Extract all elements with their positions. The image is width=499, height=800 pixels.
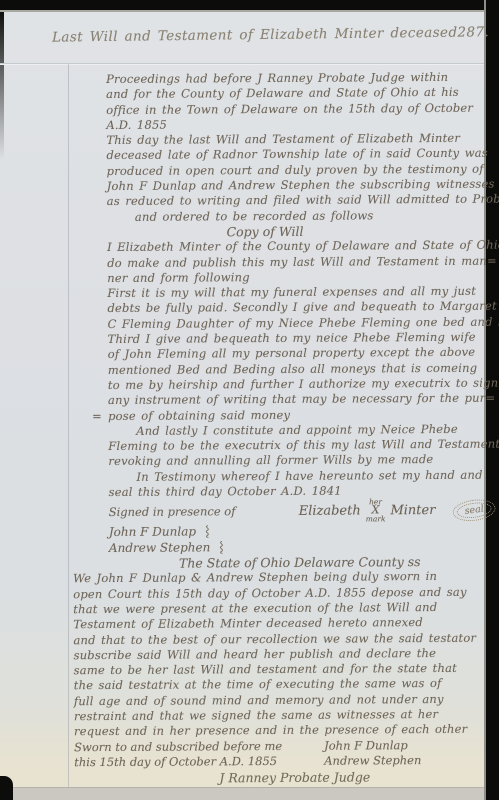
- manuscript-line: In Testimony whereof I have hereunto set…: [108, 467, 484, 485]
- testatrix-first-name: Elizabeth: [299, 503, 361, 518]
- manuscript-line: and for the County of Delaware and State…: [106, 85, 482, 103]
- manuscript-line: that we were present at the execution of…: [73, 600, 485, 618]
- page-fold-line: [0, 63, 486, 64]
- left-edge-shadow: [0, 10, 4, 160]
- manuscript-line-text: pose of obtaining said money: [108, 407, 290, 422]
- signature-row: Signed in presence of Elizabeth her X ma…: [109, 498, 485, 524]
- manuscript-line: I Elizabeth Minter of the County of Dela…: [107, 238, 483, 256]
- attestation-section: We John F Dunlap & Andrew Stephen being …: [73, 569, 486, 786]
- closing-witness1-signature: John F Dunlap: [324, 738, 408, 754]
- continuation-mark: =: [92, 409, 102, 424]
- manuscript-line: of John Fleming all my personal property…: [108, 345, 484, 363]
- closing-witness2-signature: Andrew Stephen: [324, 753, 421, 769]
- manuscript-line: do make and publish this my last Will an…: [107, 253, 483, 271]
- manuscript-page: Last Will and Testament of Elizabeth Min…: [0, 0, 499, 800]
- manuscript-line: = pose of obtaining said money: [108, 406, 484, 424]
- seal-stamp: seal: [451, 497, 497, 523]
- sworn-statement-line1: Sworn to and subscribed before me: [74, 738, 324, 755]
- witness2-signature: Andrew Stephen: [109, 541, 210, 556]
- her-mark: her X mark: [366, 499, 386, 523]
- flourish-squiggle-icon: [217, 541, 226, 555]
- judge-signature: J Ranney Probate Judge: [219, 768, 486, 785]
- manuscript-line: office in the Town of Delaware on the 15…: [106, 100, 482, 118]
- bottom-left-corner: [0, 776, 13, 800]
- top-binding-edge: [0, 0, 499, 12]
- testatrix-signature: Elizabeth her X mark Minter seal: [299, 498, 496, 523]
- signed-in-presence-label: Signed in presence of: [109, 504, 299, 519]
- testatrix-last-name: Minter: [390, 503, 435, 518]
- mark-word-mark: mark: [366, 516, 386, 523]
- manuscript-line: as reduced to writing and filed with sai…: [107, 192, 483, 210]
- bottom-page-edge: [0, 787, 486, 800]
- flourish-squiggle-icon: [203, 525, 212, 539]
- page-number: 287.: [457, 24, 489, 40]
- sworn-statement-line2: this 15th day of October A.D. 1855: [74, 754, 324, 771]
- manuscript-body: Proceedings had before J Ranney Probate …: [106, 70, 486, 786]
- witness1-signature: John F Dunlap: [109, 525, 196, 540]
- manuscript-line: request and in her presence and in the p…: [74, 722, 486, 740]
- seal-label: seal: [456, 500, 493, 519]
- margin-rule-line: [68, 64, 69, 788]
